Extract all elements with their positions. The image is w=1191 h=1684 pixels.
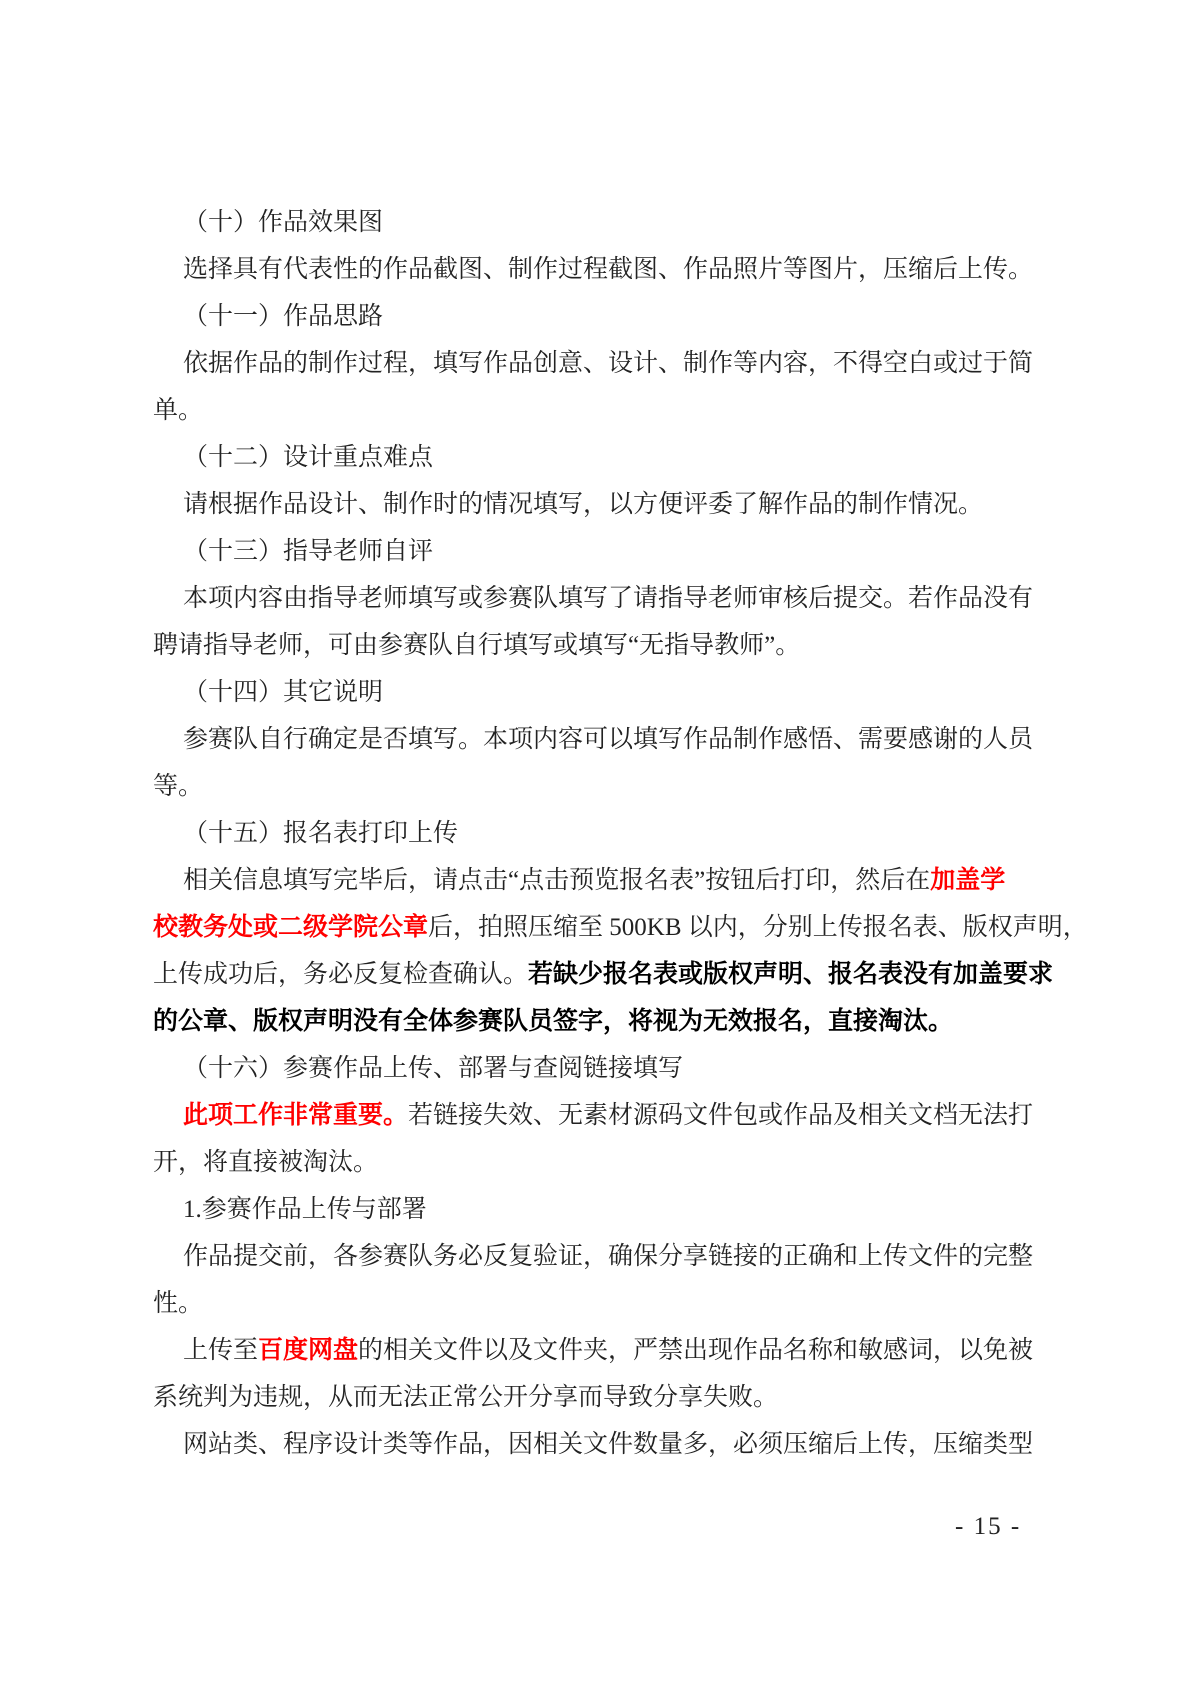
text-line: 校教务处或二级学院公章后，拍照压缩至 500KB 以内，分别上传报名表、版权声明… xyxy=(153,904,1043,951)
text-run: 参赛队自行确定是否填写。本项内容可以填写作品制作感悟、需要感谢的人员 xyxy=(183,726,1033,753)
text-run: 选择具有代表性的作品截图、制作过程截图、作品照片等图片，压缩后上传。 xyxy=(183,256,1033,283)
text-run: 的相关文件以及文件夹，严禁出现作品名称和敏感词，以免被 xyxy=(358,1337,1033,1364)
red-emphasis-run: 此项工作非常重要。 xyxy=(183,1102,408,1129)
text-line: （十）作品效果图 xyxy=(153,199,1043,246)
text-line: （十四）其它说明 xyxy=(153,669,1043,716)
text-run: （十一）作品思路 xyxy=(183,303,383,330)
text-line: 上传至百度网盘的相关文件以及文件夹，严禁出现作品名称和敏感词，以免被 xyxy=(153,1327,1043,1374)
text-line: 依据作品的制作过程，填写作品创意、设计、制作等内容，不得空白或过于简 xyxy=(153,340,1043,387)
text-line: 的公章、版权声明没有全体参赛队员签字，将视为无效报名，直接淘汰。 xyxy=(153,998,1043,1045)
text-line: 网站类、程序设计类等作品，因相关文件数量多，必须压缩后上传，压缩类型 xyxy=(153,1421,1043,1468)
text-line: 系统判为违规，从而无法正常公开分享而导致分享失败。 xyxy=(153,1374,1043,1421)
text-line: 性。 xyxy=(153,1280,1043,1327)
text-line: 聘请指导老师，可由参赛队自行填写或填写“无指导教师”。 xyxy=(153,622,1043,669)
text-line: 相关信息填写完毕后，请点击“点击预览报名表”按钮后打印，然后在加盖学 xyxy=(153,857,1043,904)
text-line: 参赛队自行确定是否填写。本项内容可以填写作品制作感悟、需要感谢的人员 xyxy=(153,716,1043,763)
text-run: （十二）设计重点难点 xyxy=(183,444,433,471)
text-run: 单。 xyxy=(153,397,203,424)
text-line: 1.参赛作品上传与部署 xyxy=(153,1186,1043,1233)
text-run: 系统判为违规，从而无法正常公开分享而导致分享失败。 xyxy=(153,1384,778,1411)
text-run: 本项内容由指导老师填写或参赛队填写了请指导老师审核后提交。若作品没有 xyxy=(183,585,1033,612)
text-line: （十五）报名表打印上传 xyxy=(153,810,1043,857)
text-line: （十六）参赛作品上传、部署与查阅链接填写 xyxy=(153,1045,1043,1092)
text-line: （十三）指导老师自评 xyxy=(153,528,1043,575)
red-emphasis-run: 加盖学 xyxy=(930,867,1005,894)
document-page: （十）作品效果图选择具有代表性的作品截图、制作过程截图、作品照片等图片，压缩后上… xyxy=(0,0,1191,1684)
text-run: 1.参赛作品上传与部署 xyxy=(183,1196,427,1223)
text-line: （十一）作品思路 xyxy=(153,293,1043,340)
red-emphasis-run: 校教务处或二级学院公章 xyxy=(153,914,428,941)
bold-emphasis-run: 若缺少报名表或版权声明、报名表没有加盖要求 xyxy=(528,961,1053,988)
text-line: 上传成功后，务必反复检查确认。若缺少报名表或版权声明、报名表没有加盖要求 xyxy=(153,951,1043,998)
text-run: （十五）报名表打印上传 xyxy=(183,820,458,847)
page-number: - 15 - xyxy=(955,1511,1055,1543)
text-run: 作品提交前，各参赛队务必反复验证，确保分享链接的正确和上传文件的完整 xyxy=(183,1243,1033,1270)
text-run: 网站类、程序设计类等作品，因相关文件数量多，必须压缩后上传，压缩类型 xyxy=(183,1431,1033,1458)
text-run: （十三）指导老师自评 xyxy=(183,538,433,565)
text-run: 上传成功后，务必反复检查确认。 xyxy=(153,961,528,988)
text-run: 聘请指导老师，可由参赛队自行填写或填写“无指导教师”。 xyxy=(153,632,800,659)
text-run: （十四）其它说明 xyxy=(183,679,383,706)
text-run: 相关信息填写完毕后，请点击“点击预览报名表”按钮后打印，然后在 xyxy=(183,867,930,894)
text-run: 上传至 xyxy=(183,1337,258,1364)
text-run: 等。 xyxy=(153,773,203,800)
red-emphasis-run: 百度网盘 xyxy=(258,1337,358,1364)
text-run: 后，拍照压缩至 500KB 以内，分别上传报名表、版权声明， xyxy=(428,914,1088,941)
text-line: 开，将直接被淘汰。 xyxy=(153,1139,1043,1186)
text-run: （十六）参赛作品上传、部署与查阅链接填写 xyxy=(183,1055,683,1082)
text-run: 依据作品的制作过程，填写作品创意、设计、制作等内容，不得空白或过于简 xyxy=(183,350,1033,377)
text-run: 请根据作品设计、制作时的情况填写，以方便评委了解作品的制作情况。 xyxy=(183,491,983,518)
text-line: 请根据作品设计、制作时的情况填写，以方便评委了解作品的制作情况。 xyxy=(153,481,1043,528)
text-run: （十）作品效果图 xyxy=(183,209,383,236)
document-body: （十）作品效果图选择具有代表性的作品截图、制作过程截图、作品照片等图片，压缩后上… xyxy=(153,199,1043,1468)
text-line: 此项工作非常重要。若链接失效、无素材源码文件包或作品及相关文档无法打 xyxy=(153,1092,1043,1139)
text-run: 若链接失效、无素材源码文件包或作品及相关文档无法打 xyxy=(408,1102,1033,1129)
text-line: 本项内容由指导老师填写或参赛队填写了请指导老师审核后提交。若作品没有 xyxy=(153,575,1043,622)
text-line: 等。 xyxy=(153,763,1043,810)
text-line: 单。 xyxy=(153,387,1043,434)
text-run: 开，将直接被淘汰。 xyxy=(153,1149,378,1176)
text-run: 性。 xyxy=(153,1290,203,1317)
text-line: 作品提交前，各参赛队务必反复验证，确保分享链接的正确和上传文件的完整 xyxy=(153,1233,1043,1280)
text-line: 选择具有代表性的作品截图、制作过程截图、作品照片等图片，压缩后上传。 xyxy=(153,246,1043,293)
bold-emphasis-run: 的公章、版权声明没有全体参赛队员签字，将视为无效报名，直接淘汰。 xyxy=(153,1008,953,1035)
text-line: （十二）设计重点难点 xyxy=(153,434,1043,481)
